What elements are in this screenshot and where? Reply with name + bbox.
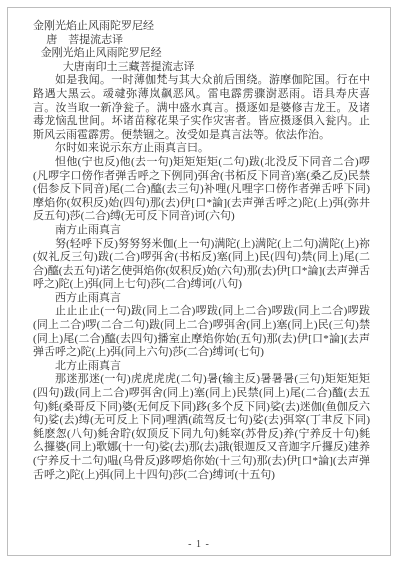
sutra-inner-title: 金刚光焰止风雨陀罗尼经 [33, 47, 370, 61]
page-number: - 1 - [0, 539, 398, 550]
west-mantra-text: 止止止止(一句)跋(同上二合)啰跋(同上二合)啰跋(同上二合)啰跋(同上二合)啰… [33, 305, 370, 359]
sutra-title: 金刚光焰止风雨陀罗尼经 [33, 20, 370, 34]
south-mantra-heading: 南方止雨真言 [33, 224, 370, 238]
sutra-page-content: 金刚光焰止风雨陀罗尼经 唐 菩提流志译 金刚光焰止风雨陀罗尼经 大唐南印土三藏菩… [33, 20, 370, 482]
north-mantra-text: 那迷那迷(一句)虎虎虎虎(二句)暑(输主反)暑暑暑(三句)矩矩矩矩(四句)跋(同… [33, 373, 370, 482]
translator-byline: 唐 菩提流志译 [33, 34, 370, 48]
east-mantra-intro: 尔时如来说示东方止雨真言曰。 [33, 142, 370, 156]
opening-paragraph: 如是我闻。一时薄伽梵与其大众前后围绕。游摩伽陀国。行在中路遇大黑云。叆叇弥薄岚飙… [33, 74, 370, 142]
inner-translator-byline: 大唐南印土三藏菩提流志译 [33, 61, 370, 75]
north-mantra-heading: 北方止雨真言 [33, 360, 370, 374]
west-mantra-heading: 西方止雨真言 [33, 292, 370, 306]
east-mantra-text: 怛他(宁也反)他(去一句)矩矩矩矩(二句)跋(北没反下同音二合)啰(凡啰字口傍作… [33, 156, 370, 224]
south-mantra-text: 努(轻呼下反)努努努米伽(上一句)满陀(上)满陀(上二句)满陀(上)祢(奴礼反三… [33, 238, 370, 292]
